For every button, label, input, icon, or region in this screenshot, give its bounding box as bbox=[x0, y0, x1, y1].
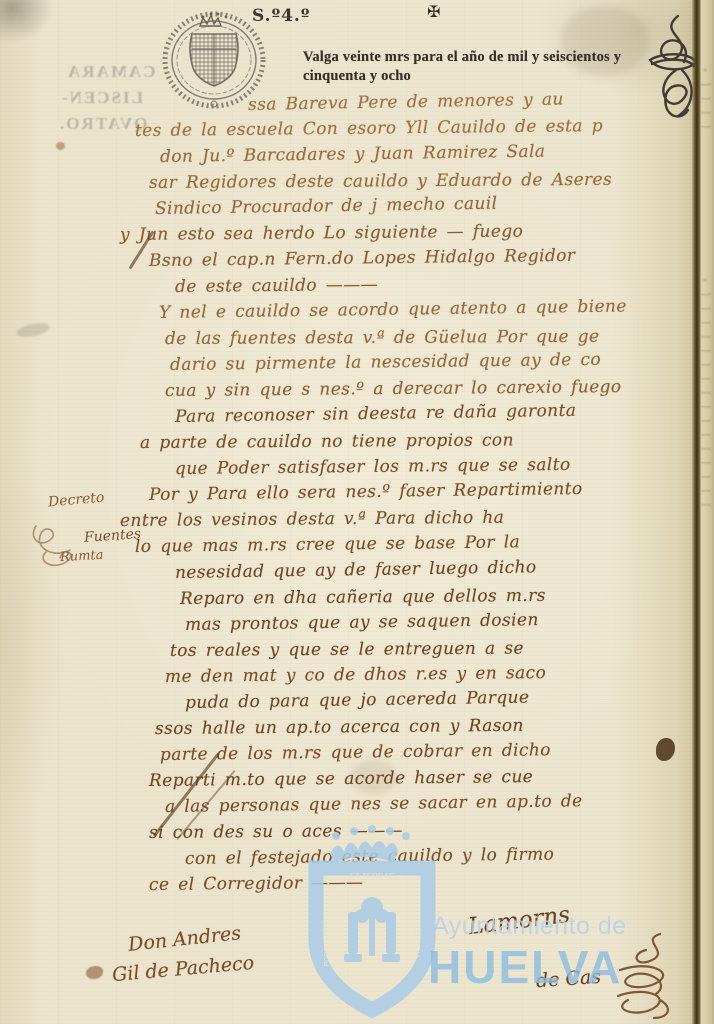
signature-right-name2: de Cas bbox=[535, 966, 601, 992]
seal-number-label: S.º4.º bbox=[252, 6, 310, 26]
printed-line-1: Valga veinte mrs para el año de mil y se… bbox=[303, 48, 675, 67]
adjacent-page-edge bbox=[699, 0, 714, 1024]
margin-flourish-icon bbox=[26, 508, 92, 572]
manuscript-line: ce el Corregidor ——— bbox=[149, 866, 691, 898]
bleed-through-text: CAMARA bbox=[66, 62, 155, 82]
printed-line-2: cinquenta y ocho bbox=[303, 67, 675, 86]
adjacent-page-ink bbox=[701, 60, 711, 140]
adjacent-page-ink bbox=[701, 270, 711, 510]
manuscript-text: ssa Bareva Pere de menores y au tes de l… bbox=[85, 92, 691, 898]
manuscript-scan: CAMARA LISCEN- QVATRO. S.º4.º ✠ Valga ve… bbox=[0, 0, 714, 1024]
signature-rubric-icon bbox=[600, 930, 682, 1022]
printed-validation-text: Valga veinte mrs para el año de mil y se… bbox=[303, 48, 675, 86]
maltese-cross-icon: ✠ bbox=[427, 2, 440, 21]
binding-gutter bbox=[692, 0, 701, 1024]
